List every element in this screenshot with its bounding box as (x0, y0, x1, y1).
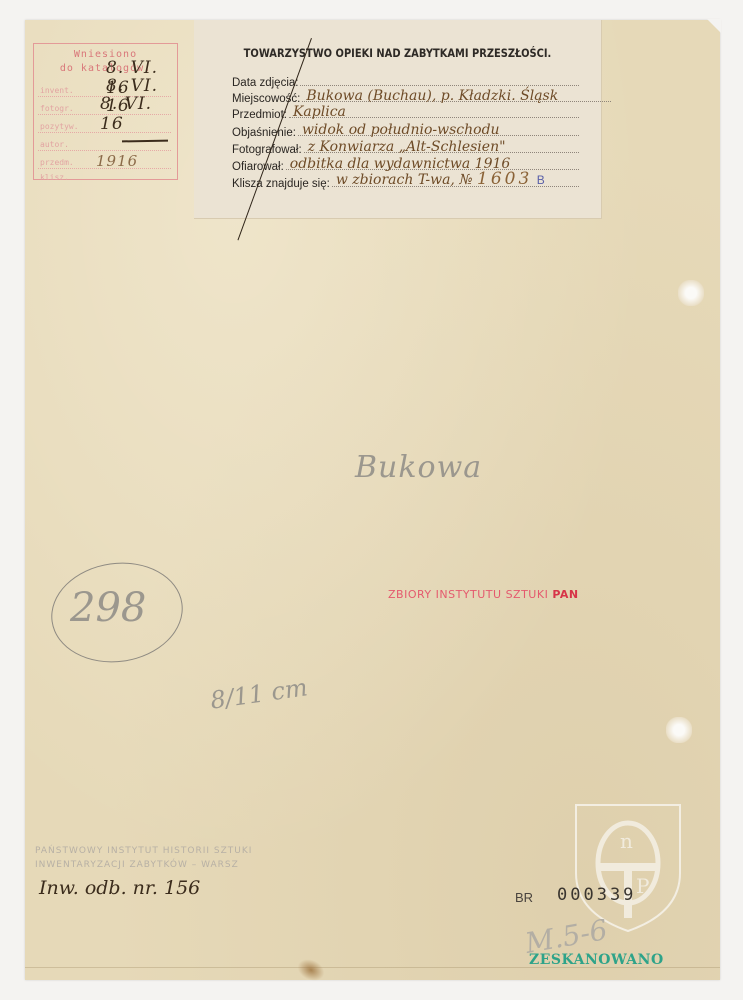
dimensions-note: 8/11 cm (209, 673, 310, 714)
stamp-row: autor. (38, 134, 171, 151)
inventory-note: Inw. odb. nr. 156 (39, 877, 200, 899)
scanned-stamp: ZESKANOWANO (529, 952, 664, 968)
stain-mark (294, 955, 328, 985)
field-photographer: Fotografował: z Konwiarza „Alt-Schlesien… (232, 139, 579, 156)
society-emblem-icon: n P (572, 803, 684, 933)
field-value: w zbiorach T-wa, № 1603 B (336, 169, 545, 189)
br-label: BR (515, 890, 533, 905)
institution-stamp-suffix: PAN (552, 588, 578, 601)
field-plate-location: Klisza znajduje się: w zbiorach T-wa, № … (232, 173, 579, 190)
stamp-row: klisz. (38, 167, 171, 183)
stamp-row-label: pozytyw. (40, 122, 79, 131)
institution-stamp-text: ZBIORY INSTYTUTU SZTUKI (388, 588, 548, 601)
faint-stamp-line2: INWENTARYZACJI ZABYTKÓW – WARSZ (35, 860, 239, 870)
institution-stamp: ZBIORY INSTYTUTU SZTUKI PAN (388, 588, 579, 601)
catalog-stamp: Wniesiono do katalogów: invent. 8. VI. 1… (33, 43, 178, 180)
inventory-number: 156 (164, 877, 200, 899)
pencil-place-name: Bukowa (355, 450, 482, 485)
inventory-prefix: Inw. odb. nr. (39, 877, 158, 899)
plate-location-text: w zbiorach T-wa, № (336, 172, 473, 188)
svg-text:P: P (636, 874, 649, 898)
stamp-row-label: invent. (40, 86, 74, 95)
field-value: widok od południo-wschodu (302, 122, 500, 138)
br-number: 000339 (557, 885, 636, 905)
field-label: Objaśnienie: (232, 127, 296, 139)
field-label: Klisza znajduje się: (232, 178, 330, 190)
stamp-row: pozytyw. 8. VI. 16 (38, 116, 171, 133)
faint-stamp-line1: PAŃSTWOWY INSTYTUT HISTORII SZTUKI (35, 846, 252, 856)
field-value: z Konwiarza „Alt-Schlesien" (308, 139, 506, 155)
field-label: Przedmiot: (232, 109, 287, 121)
field-value: Bukowa (Buchau), p. Kładzki. Śląsk (306, 88, 558, 104)
stamp-row-value: 8. VI. 16 (100, 94, 171, 134)
field-label: Ofiarował: (232, 161, 284, 173)
stamp-row-label: autor. (40, 140, 69, 149)
archive-card: Wniesiono do katalogów: invent. 8. VI. 1… (25, 20, 720, 980)
svg-text:n: n (620, 829, 633, 853)
field-photo-date: Data zdjęcia: (232, 72, 579, 89)
stamp-row-label: klisz. (40, 173, 69, 182)
plate-suffix: B (537, 173, 545, 187)
circled-number: 298 (70, 585, 146, 631)
field-explanation: Objaśnienie: widok od południo-wschodu (232, 122, 579, 139)
punch-hole (666, 717, 692, 743)
society-title: TOWARZYSTWO OPIEKI NAD ZABYTKAMI PRZESZŁ… (222, 46, 572, 60)
stamp-row-label: fotogr. (40, 104, 74, 113)
field-value: Kaplica (293, 104, 346, 120)
torn-corner (707, 19, 721, 33)
stamp-row-label: przedm. (40, 158, 74, 167)
field-label: Fotografował: (232, 144, 302, 156)
plate-number: 1603 (477, 169, 532, 189)
punch-hole (678, 280, 704, 306)
